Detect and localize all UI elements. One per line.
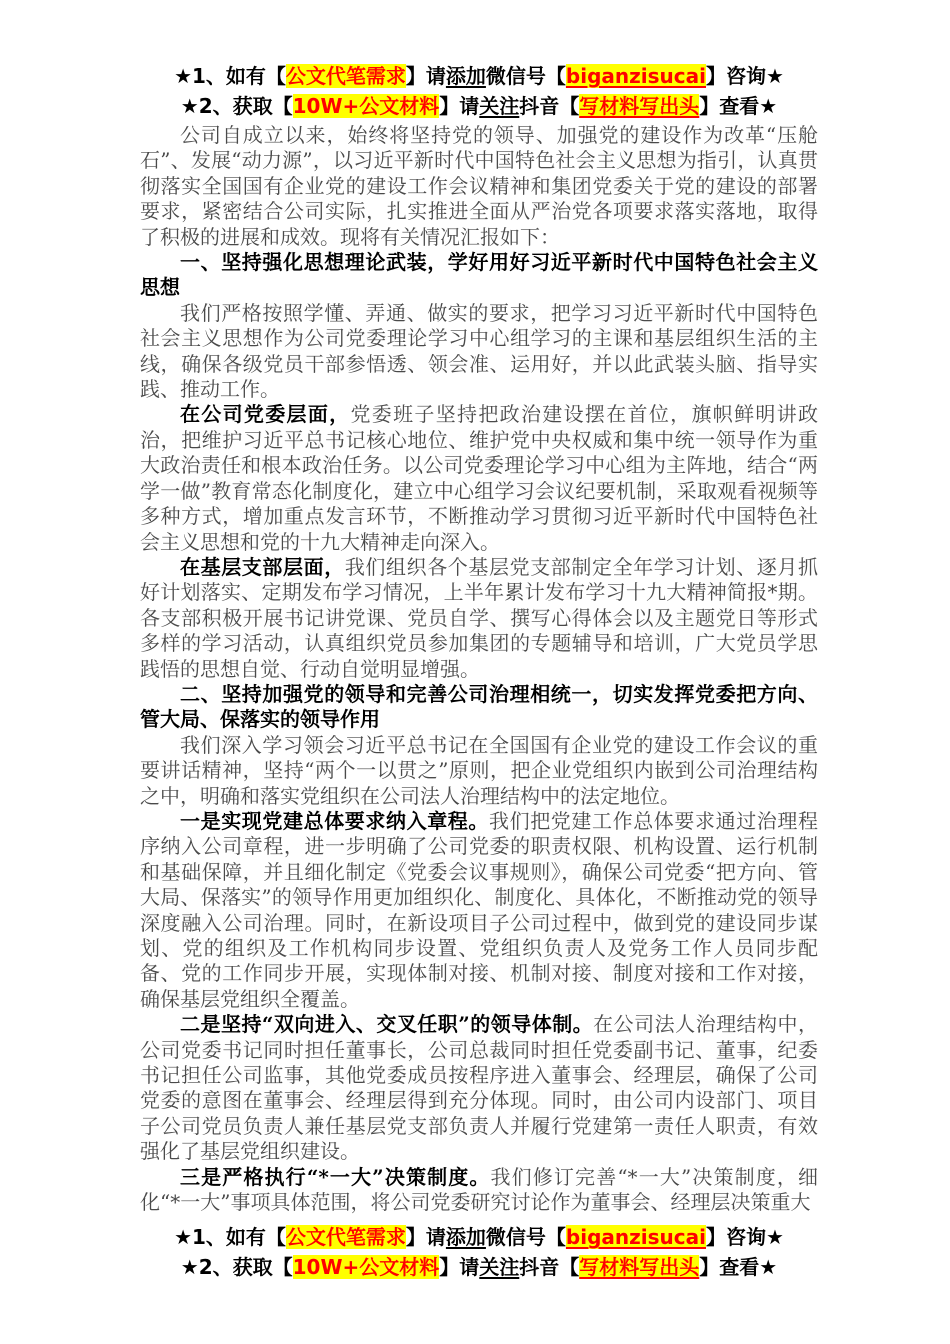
paragraph-lead: 二是坚持“双向进入、交叉任职”的领导体制。: [180, 1012, 593, 1036]
promo-text: 微信号【: [486, 64, 566, 88]
document-body: 公司自成立以来，始终将坚持党的领导、加强党的建设作为改革“压舱石”、发展“动力源…: [140, 123, 818, 1215]
paragraph-lead: 三是严格执行“*一大”决策制度。: [180, 1165, 491, 1189]
body-paragraph: 一是实现党建总体要求纳入章程。我们把党建工作总体要求通过治理程序纳入公司章程，进…: [140, 809, 818, 1012]
body-paragraph: 三是严格执行“*一大”决策制度。我们修订完善“*一大”决策制度，细化“*一大”事…: [140, 1165, 818, 1216]
document-page: ★1、如有【公文代笔需求】请添加微信号【biganzisucai】咨询★★2、获…: [0, 0, 950, 1344]
body-paragraph: 二是坚持“双向进入、交叉任职”的领导体制。在公司法人治理结构中，公司党委书记同时…: [140, 1012, 818, 1164]
promo-text: 抖音【: [519, 1255, 579, 1279]
promo-highlight-text: 写材料写出头: [579, 94, 699, 118]
paragraph-text: 我们严格按照学懂、弄通、做实的要求，把学习习近平新时代中国特色社会主义思想作为公…: [140, 301, 818, 401]
paragraph-lead: 在公司党委层面，: [180, 402, 350, 426]
section-heading: 一、坚持强化思想理论武装，学好用好习近平新时代中国特色社会主义思想: [140, 250, 818, 301]
promo-line: ★2、获取【10W+公文材料】请关注抖音【写材料写出头】查看★: [140, 91, 818, 121]
promo-text: 】请: [406, 1225, 446, 1249]
promo-line: ★2、获取【10W+公文材料】请关注抖音【写材料写出头】查看★: [140, 1252, 818, 1282]
body-paragraph: 在公司党委层面，党委班子坚持把政治建设摆在首位，旗帜鲜明讲政治，把维护习近平总书…: [140, 402, 818, 554]
promo-text: 】查看★: [699, 94, 777, 118]
promo-line: ★1、如有【公文代笔需求】请添加微信号【biganzisucai】咨询★: [140, 1222, 818, 1252]
promo-underline-text: 添加: [446, 64, 486, 88]
promo-underline-text: 关注: [479, 1255, 519, 1279]
paragraph-text: 公司自成立以来，始终将坚持党的领导、加强党的建设作为改革“压舱石”、发展“动力源…: [140, 123, 818, 249]
promo-highlight-text: 10W+公文材料: [293, 94, 440, 118]
paragraph-text: 我们深入学习领会习近平总书记在全国国有企业党的建设工作会议的重要讲话精神，坚持“…: [140, 733, 818, 808]
promo-text: 抖音【: [519, 94, 579, 118]
promo-highlight-text: 10W+公文材料: [293, 1255, 440, 1279]
promo-text: 】请: [406, 64, 446, 88]
promo-underline-text: 添加: [446, 1225, 486, 1249]
body-paragraph: 我们深入学习领会习近平总书记在全国国有企业党的建设工作会议的重要讲话精神，坚持“…: [140, 733, 818, 809]
promo-text: 】咨询★: [706, 1225, 784, 1249]
promo-text: ★1、如有【: [174, 64, 286, 88]
promo-highlight-text: 公文代笔需求: [286, 1225, 406, 1249]
promo-highlight-text: biganzisucai: [566, 64, 706, 88]
body-paragraph: 在基层支部层面，我们组织各个基层党支部制定全年学习计划、逐月抓好计划落实、定期发…: [140, 555, 818, 682]
body-paragraph: 我们严格按照学懂、弄通、做实的要求，把学习习近平新时代中国特色社会主义思想作为公…: [140, 301, 818, 403]
paragraph-text: 我们把党建工作总体要求通过治理程序纳入公司章程，进一步明确了公司党委的职责权限、…: [140, 809, 818, 1011]
promo-text: 】请: [439, 94, 479, 118]
promo-underline-text: 关注: [479, 94, 519, 118]
promo-banner-bottom: ★1、如有【公文代笔需求】请添加微信号【biganzisucai】咨询★★2、获…: [140, 1222, 818, 1282]
promo-text: ★2、获取【: [181, 94, 293, 118]
promo-text: ★1、如有【: [174, 1225, 286, 1249]
promo-text: 】请: [439, 1255, 479, 1279]
promo-text: 】咨询★: [706, 64, 784, 88]
body-paragraph: 公司自成立以来，始终将坚持党的领导、加强党的建设作为改革“压舱石”、发展“动力源…: [140, 123, 818, 250]
promo-highlight-text: 写材料写出头: [579, 1255, 699, 1279]
paragraph-lead: 在基层支部层面，: [180, 555, 345, 579]
promo-banner-top: ★1、如有【公文代笔需求】请添加微信号【biganzisucai】咨询★★2、获…: [140, 61, 818, 121]
promo-highlight-text: biganzisucai: [566, 1225, 706, 1249]
promo-highlight-text: 公文代笔需求: [286, 64, 406, 88]
section-heading: 二、坚持加强党的领导和完善公司治理相统一，切实发挥党委把方向、管大局、保落实的领…: [140, 682, 818, 733]
promo-text: 微信号【: [486, 1225, 566, 1249]
promo-text: 】查看★: [699, 1255, 777, 1279]
paragraph-lead: 一是实现党建总体要求纳入章程。: [180, 809, 489, 833]
promo-line: ★1、如有【公文代笔需求】请添加微信号【biganzisucai】咨询★: [140, 61, 818, 91]
promo-text: ★2、获取【: [181, 1255, 293, 1279]
